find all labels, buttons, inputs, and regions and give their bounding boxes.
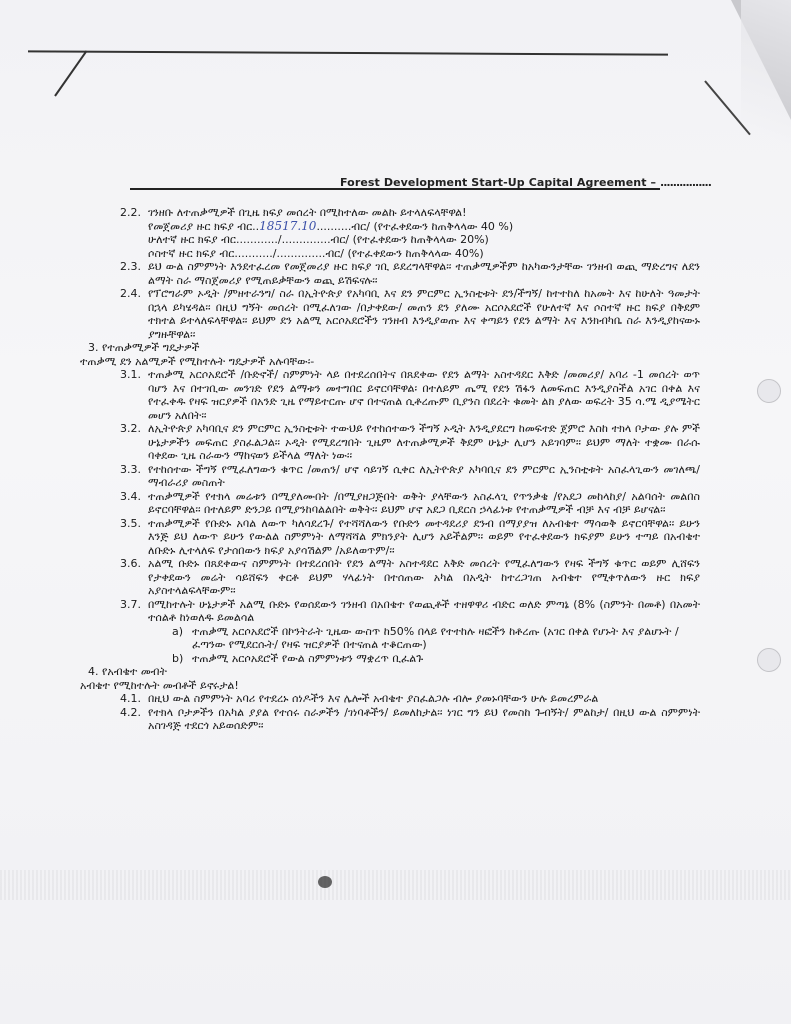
clause-3-2: 3.2. ለኢትዮጵያ አካባቢና ደን ምርምር ኢንስቲቱት ተውህይ የተ… [120,422,700,463]
clause-2-3: 2.3. ይህ ውል ስምምነት እንደተፈረመ የመጀመሪያ ዙር ክፍያ ገ… [120,260,700,287]
installment-label: የመጀመሪያ ዙር ክፍያ ብር [148,220,252,233]
clause-number: 3.2. [120,422,148,463]
scanned-page: Forest Development Start-Up Capital Agre… [0,0,791,1024]
header-blank: ................ [660,176,711,189]
currency-unit: ብር/ [325,247,344,260]
section-title-text: የአብቄተ መብት [102,665,167,678]
installment-label: ሶስተኛ ዙር ክፍያ ብር [148,247,234,260]
clause-number: 4.1. [120,692,148,706]
clause-3-6: 3.6. አልሚ ቡድኑ በጸደቀውና ስምምነት በተደረሰበት የደን ልማ… [120,557,700,598]
clause-number: 3.6. [120,557,148,598]
installment-note: (የተፈቀደውን ከጠቅላላው 40%) [347,247,483,260]
clause-3-5: 3.5. ተጠቃሚዎች የቡድኑ አባል ለውጥ ካለሳደረጉ/ የተሻሻለውን… [120,517,700,558]
handwritten-amount: 18517.10 [259,219,316,233]
clause-text: የፕሮግራም ኦዲት /ምዘተራንግ/ ስራ በኢትዮጵያ የአካባቢ እና ደ… [148,287,700,341]
installment-note: (የተፈቀደውን ከጠቅላላው 40 %) [373,220,513,233]
section-4-intro: አብቄተ የሚከተሉት መብቶች ይኖሩታል! [80,679,700,693]
currency-unit: ብር/ [331,233,350,246]
section-4-title: 4. የአብቄተ መብት [88,665,700,679]
section-number: 3. [88,341,99,354]
clause-2-4: 2.4. የፕሮግራም ኦዲት /ምዘተራንግ/ ስራ በኢትዮጵያ የአካባቢ… [120,287,700,341]
installment-row: የመጀመሪያ ዙር ክፍያ ብር..18517.10..........ብር/ … [148,220,700,234]
clause-number: 4.2. [120,706,148,733]
clause-text: በዚህ ውል ስምምነት አባሪ የተደረኑ ሰነዶችን እና ሌሎች አብቄተ… [148,692,700,706]
clause-number: 3.4. [120,490,148,517]
currency-unit: ብር/ [351,220,370,233]
clause-3-1: 3.1. ተጠቃሚ አርሶአደሮች /ቡድኖች/ ስምምነት ላይ በተደረሰበ… [120,368,700,422]
page-curl-shadow [741,0,791,190]
document-body: 2.2. ገንዘቡ ለተጠቃሚዎች በጊዜ ክፍያ መሰረት በሚከተለው መል… [80,206,700,733]
clause-text: ለኢትዮጵያ አካባቢና ደን ምርምር ኢንስቲቱት ተውህይ የተከሰተውን… [148,422,700,463]
header-rule [130,188,660,190]
installment-label: ሁለተኛ ዙር ክፍያ ብር [148,233,236,246]
clause-text: ተጠቃሚዎች የቡድኑ አባል ለውጥ ካለሳደረጉ/ የተሻሻለውን የቡድን… [148,517,700,558]
clause-number: 2.3. [120,260,148,287]
scan-smudge [0,870,791,900]
clause-number: 3.5. [120,517,148,558]
subitem-b: b) ተጠቃሚ አርሶአደሮች የውል ስምምነቱን ማቋረጥ ቢፈልጉ [172,652,700,666]
ink-blot [318,876,332,888]
subitem-label: a) [172,625,192,652]
clause-text: አልሚ ቡድኑ በጸደቀውና ስምምነት በተደረሰበት የደን ልማት አስተ… [148,557,700,598]
section-3-title: 3. የተጠቃሚዎች ግዴታዎች [88,341,700,355]
clause-number: 3.3. [120,463,148,490]
clause-number: 2.4. [120,287,148,341]
installment-note: (የተፈቀደውን ከጠቅላላው 20%) [353,233,489,246]
subitem-text: ተጠቃሚ አርሶአደሮች የውል ስምምነቱን ማቋረጥ ቢፈልጉ [192,652,423,666]
clause-text: በሚከተሉት ሁኔታዎች አልሚ ቡድኑ የወሰደውን ገንዘብ በአበቄተ የ… [148,598,700,625]
clause-text: የተከሰተው ችግኝ የሚፈለግውን ቁጥር /መጠን/ ሆኖ ሳይገኝ ሲቀር… [148,463,700,490]
clause-4-2: 4.2. የተክላ ቦታዎችን በአካል ያያል የተሰሩ ስራዎችን /ገነባ… [120,706,700,733]
top-scan-line [28,50,668,55]
subitem-label: b) [172,652,192,666]
installment-row: ሶስተኛ ዙር ክፍያ ብር.........../..............… [148,247,700,261]
clause-text: ተጠቃሚዎች የተክላ መሬቱን በሚያለሙበት /በሚያዘጋጅበት ወቅት ያ… [148,490,700,517]
clause-number: 3.1. [120,368,148,422]
punch-hole-icon [757,648,781,672]
clause-number: 2.2. [120,206,148,220]
clause-number: 3.7. [120,598,148,625]
clause-text: ተጠቃሚ አርሶአደሮች /ቡድኖች/ ስምምነት ላይ በተደረሰበትና በጸ… [148,368,700,422]
punch-hole-icon [757,379,781,403]
clause-2-2: 2.2. ገንዘቡ ለተጠቃሚዎች በጊዜ ክፍያ መሰረት በሚከተለው መል… [120,206,700,220]
clause-text: ገንዘቡ ለተጠቃሚዎች በጊዜ ክፍያ መሰረት በሚከተለው መልኩ ይተላ… [148,206,700,220]
subitem-text: ተጠቃሚ አርሶአደሮች በኮንትራት ጊዜው ውስጥ ከ50% በላይ የተተ… [192,625,700,652]
clause-text: የተክላ ቦታዎችን በአካል ያያል የተሰሩ ስራዎችን /ገነባቶችን/ … [148,706,700,733]
clause-3-4: 3.4. ተጠቃሚዎች የተክላ መሬቱን በሚያለሙበት /በሚያዘጋጅበት … [120,490,700,517]
section-number: 4. [88,665,99,678]
clause-3-7: 3.7. በሚከተሉት ሁኔታዎች አልሚ ቡድኑ የወሰደውን ገንዘብ በአ… [120,598,700,625]
clause-text: ይህ ውል ስምምነት እንደተፈረመ የመጀመሪያ ዙር ክፍያ ገቢ ይደረ… [148,260,700,287]
installment-row: ሁለተኛ ዙር ክፍያ ብር............/.............… [148,233,700,247]
section-3-intro: ተጠቃሚ ደን አልሚዎች የሚከተሉት ግዴታዎች አሉባቸው፡- [80,355,700,369]
clause-3-3: 3.3. የተከሰተው ችግኝ የሚፈለግውን ቁጥር /መጠን/ ሆኖ ሳይገ… [120,463,700,490]
clause-4-1: 4.1. በዚህ ውል ስምምነት አባሪ የተደረኑ ሰነዶችን እና ሌሎች… [120,692,700,706]
section-title-text: የተጠቃሚዎች ግዴታዎች [102,341,200,354]
subitem-a: a) ተጠቃሚ አርሶአደሮች በኮንትራት ጊዜው ውስጥ ከ50% በላይ … [172,625,700,652]
corner-mark [54,50,87,96]
